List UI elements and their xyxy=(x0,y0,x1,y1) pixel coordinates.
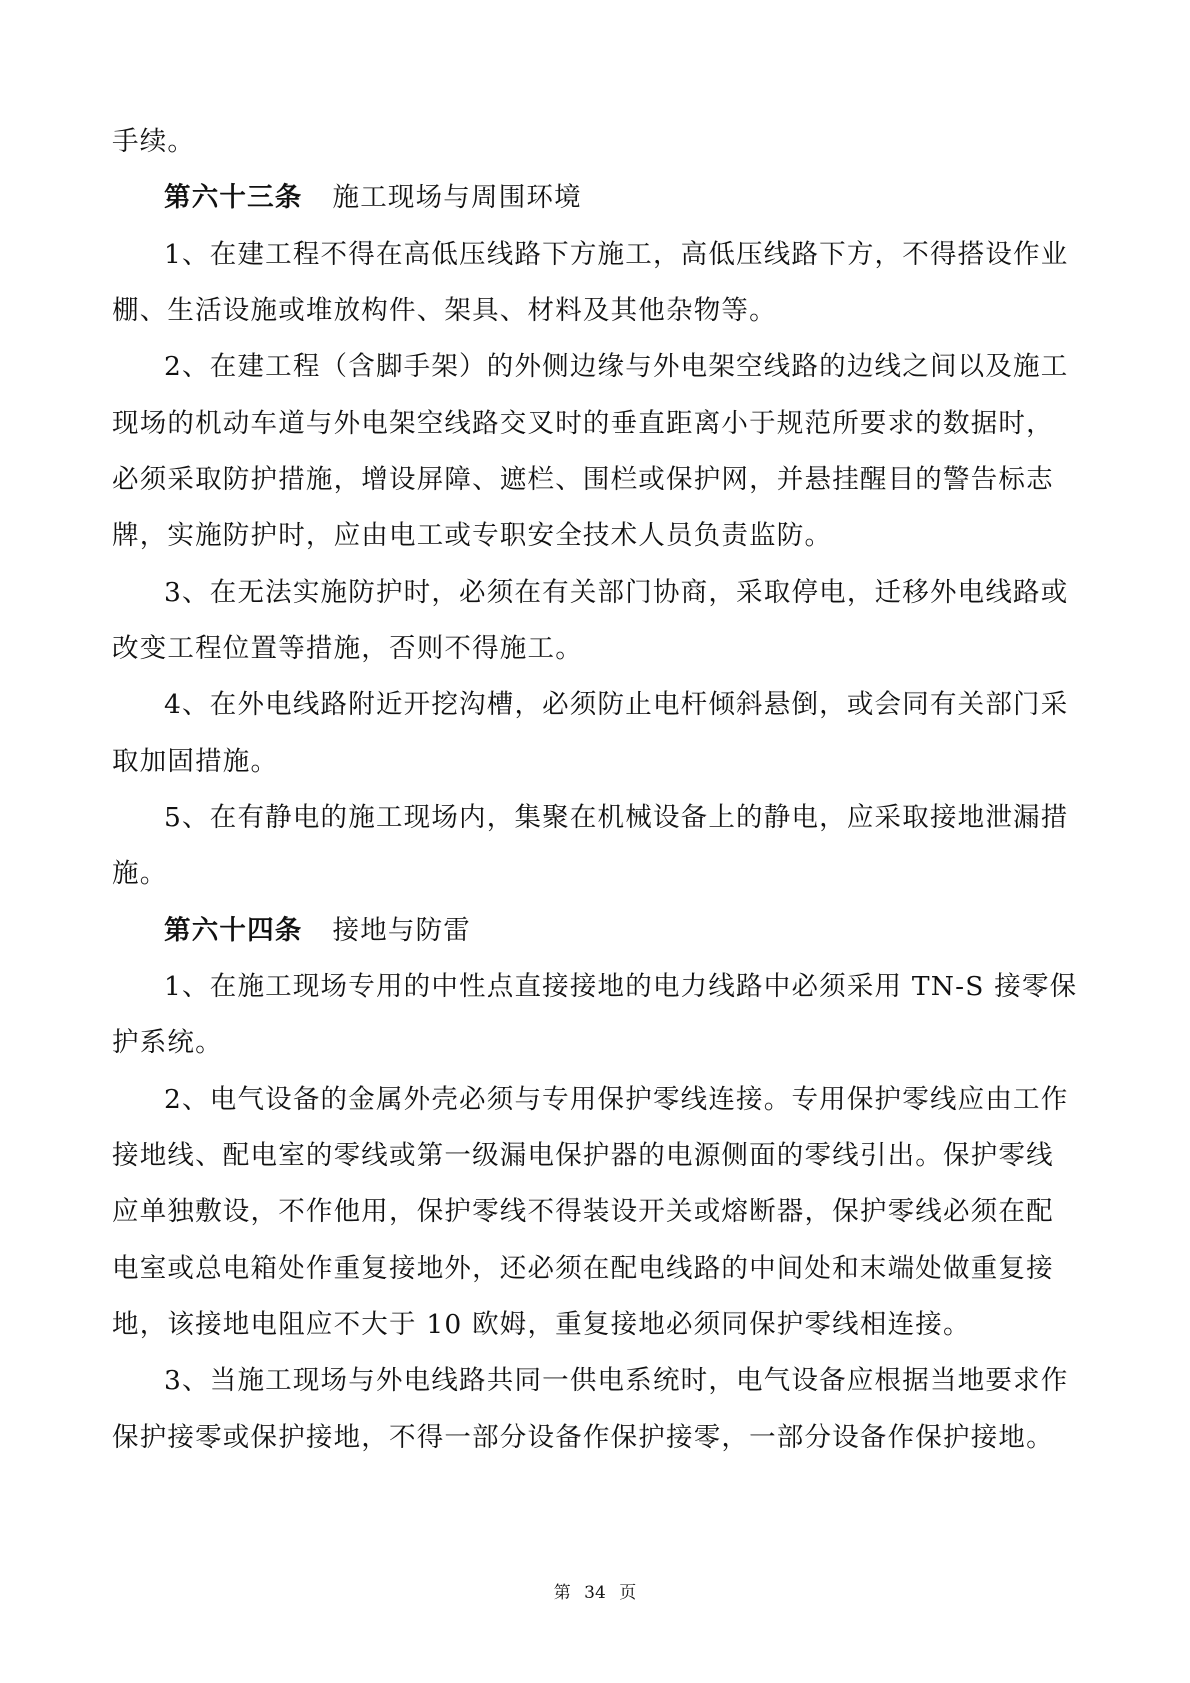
text-line: 手续。 xyxy=(112,122,195,162)
paragraph-line: 保护接零或保护接地，不得一部分设备作保护接零，一部分设备作保护接地。 xyxy=(112,1418,1054,1458)
paragraph-line: 现场的机动车道与外电架空线路交叉时的垂直距离小于规范所要求的数据时， xyxy=(112,404,1054,444)
paragraph-line: 取加固措施。 xyxy=(112,742,278,782)
paragraph-line: 3、在无法实施防护时，必须在有关部门协商，采取停电，迁移外电线路或 xyxy=(164,573,1068,613)
paragraph-line: 3、当施工现场与外电线路共同一供电系统时，电气设备应根据当地要求作 xyxy=(164,1361,1068,1401)
footer-prefix: 第 xyxy=(554,1583,571,1603)
paragraph-line: 2、电气设备的金属外壳必须与专用保护零线连接。专用保护零线应由工作 xyxy=(164,1080,1068,1120)
page-number: 34 xyxy=(584,1583,606,1603)
article-title: 施工现场与周围环境 xyxy=(333,182,582,213)
section-heading-64: 第六十四条接地与防雷 xyxy=(164,911,471,951)
paragraph-line: 牌，实施防护时，应由电工或专职安全技术人员负责监防。 xyxy=(112,516,832,556)
paragraph-line: 2、在建工程（含脚手架）的外侧边缘与外电架空线路的边线之间以及施工 xyxy=(164,347,1068,387)
paragraph-line: 4、在外电线路附近开挖沟槽，必须防止电杆倾斜悬倒，或会同有关部门采 xyxy=(164,685,1068,725)
paragraph-line: 护系统。 xyxy=(112,1023,223,1063)
paragraph-line: 改变工程位置等措施，否则不得施工。 xyxy=(112,629,583,669)
paragraph-line: 1、在建工程不得在高低压线路下方施工，高低压线路下方，不得搭设作业 xyxy=(164,235,1068,275)
paragraph-line: 接地线、配电室的零线或第一级漏电保护器的电源侧面的零线引出。保护零线 xyxy=(112,1136,1054,1176)
paragraph-line: 棚、生活设施或堆放构件、架具、材料及其他杂物等。 xyxy=(112,291,777,331)
paragraph-line: 电室或总电箱处作重复接地外，还必须在配电线路的中间处和末端处做重复接 xyxy=(112,1249,1054,1289)
paragraph-line: 1、在施工现场专用的中性点直接接地的电力线路中必须采用 TN-S 接零保 xyxy=(164,967,1077,1007)
footer-suffix: 页 xyxy=(619,1583,636,1603)
paragraph-line: 施。 xyxy=(112,854,167,894)
article-title: 接地与防雷 xyxy=(333,915,472,946)
article-number: 第六十三条 xyxy=(164,182,303,213)
paragraph-line: 应单独敷设，不作他用，保护零线不得装设开关或熔断器，保护零线必须在配 xyxy=(112,1192,1054,1232)
paragraph-line: 必须采取防护措施，增设屏障、遮栏、围栏或保护网，并悬挂醒目的警告标志 xyxy=(112,460,1054,500)
section-heading-63: 第六十三条施工现场与周围环境 xyxy=(164,178,582,218)
article-number: 第六十四条 xyxy=(164,915,303,946)
page-footer: 第 34 页 xyxy=(0,1578,1190,1603)
paragraph-line: 5、在有静电的施工现场内，集聚在机械设备上的静电，应采取接地泄漏措 xyxy=(164,798,1068,838)
paragraph-line: 地，该接地电阻应不大于 10 欧姆，重复接地必须同保护零线相连接。 xyxy=(112,1305,971,1345)
